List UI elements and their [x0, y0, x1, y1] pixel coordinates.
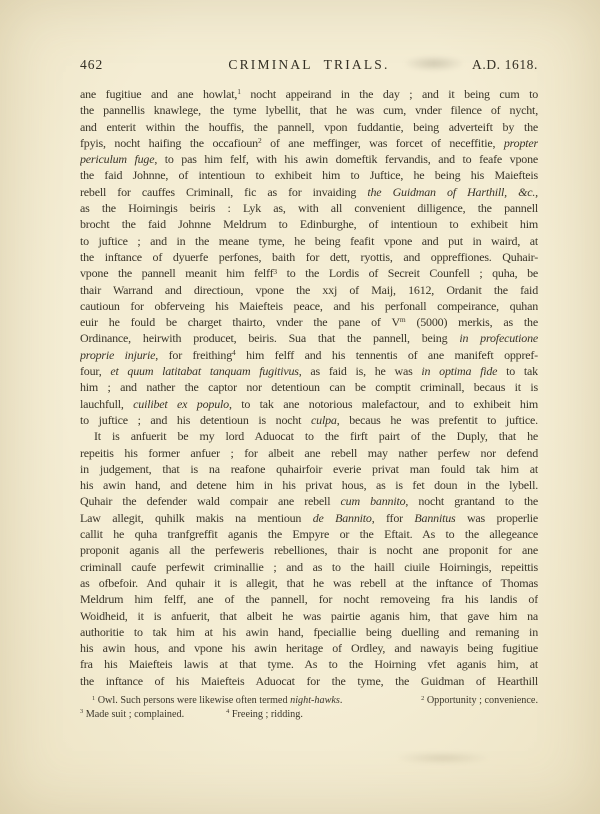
- text-line: Law allegit, quhilk makis na mentioun de…: [80, 510, 538, 526]
- body-text: ane fugitiue and ane howlat,1 nocht appe…: [80, 86, 538, 689]
- text-line: ane fugitiue and ane howlat,1 nocht appe…: [80, 86, 538, 102]
- text-line: criminall caufe perfewit criminallie ; a…: [80, 559, 538, 575]
- text-line: the faid Johnne, of intentioun to exhibe…: [80, 167, 538, 183]
- page-number: 462: [80, 57, 103, 73]
- text-line: the inftance of dyuerfe perfones, baith …: [80, 249, 538, 265]
- text-line: to juftice ; and his detentioun is nocht…: [80, 412, 538, 428]
- text-line: proprie injurie, for freithing4 him felf…: [80, 347, 538, 363]
- text-line: proponit aganis all the perfeweris rebel…: [80, 542, 538, 558]
- scanned-book-page: 462 CRIMINAL TRIALS. A.D. 1618. ane fugi…: [0, 0, 600, 814]
- text-line: as the Hoirningis beiris : Lyk as, with …: [80, 200, 538, 216]
- header-date: A.D. 1618.: [472, 57, 538, 73]
- text-line: thair Warrand and directioun, vpone the …: [80, 282, 538, 298]
- text-line: repeitis his former anfuer ; for albeit …: [80, 445, 538, 461]
- text-line: euir he fould be charget thairto, vnder …: [80, 314, 538, 330]
- footnote: 3 Made suit ; complained.: [80, 709, 184, 720]
- text-line: to juftice ; and in the meane tyme, he b…: [80, 233, 538, 249]
- text-line: rebell for cauffes Criminall, fic as for…: [80, 184, 538, 200]
- text-line: callit he quha tranfgreffit aganis the E…: [80, 526, 538, 542]
- text-line: his awin hand, and detene him in his pri…: [80, 477, 538, 493]
- text-line: Ordinance, heirwith producet, beiris. Su…: [80, 330, 538, 346]
- text-line: his awin hous, and vpone his awin herita…: [80, 640, 538, 656]
- text-line: fpyis, nocht haifing the occafioun2 of a…: [80, 135, 538, 151]
- text-line: Quhair the defender wald compair ane reb…: [80, 493, 538, 509]
- text-line: vpone the pannell meanit him felff3 to t…: [80, 265, 538, 281]
- text-line: in judgement, that is na reafone quhairf…: [80, 461, 538, 477]
- text-line: and enterit within the houffis, the pann…: [80, 119, 538, 135]
- text-line: It is anfuerit be my lord Aduocat to the…: [80, 428, 538, 444]
- footnote: 2 Opportunity ; convenience.: [421, 694, 538, 708]
- text-line: the inftance of his Maiefteis Aduocat fo…: [80, 673, 538, 689]
- paragraph: ane fugitiue and ane howlat,1 nocht appe…: [80, 86, 538, 428]
- text-line: as ofbefoir. And quhair it is allegit, t…: [80, 575, 538, 591]
- footnote-row: 3 Made suit ; complained.4 Freeing ; rid…: [80, 708, 538, 722]
- text-line: four, et quum latitabat tanquam fugitivu…: [80, 363, 538, 379]
- footnotes: 1 Owl. Such persons were likewise often …: [80, 694, 538, 721]
- footnote-row: 1 Owl. Such persons were likewise often …: [80, 694, 538, 708]
- running-header: 462 CRIMINAL TRIALS. A.D. 1618.: [80, 57, 538, 75]
- footnote: 1 Owl. Such persons were likewise often …: [80, 694, 342, 708]
- text-line: lauchfull, cuilibet ex populo, to tak an…: [80, 396, 538, 412]
- text-line: fra his Maiefteis lawis at that tyme. As…: [80, 656, 538, 672]
- scan-smudge: [398, 752, 488, 764]
- footnote: 4 Freeing ; ridding.: [226, 709, 303, 720]
- paragraph: It is anfuerit be my lord Aduocat to the…: [80, 428, 538, 689]
- text-line: cautioun for obferveing his Maiefteis pe…: [80, 298, 538, 314]
- text-line: periculum fuge, to pas him felf, with hi…: [80, 151, 538, 167]
- text-line: brocht the faid Johnne Meldrum to Edinbu…: [80, 216, 538, 232]
- text-line: him ; and nather the captor nor detentio…: [80, 379, 538, 395]
- text-line: Meldrum him felff, ane of the pannell, f…: [80, 591, 538, 607]
- text-line: the pannellis knawlege, the tyme lybelli…: [80, 102, 538, 118]
- text-line: Woidheid, it is anfuerit, that albeit he…: [80, 608, 538, 624]
- running-title: CRIMINAL TRIALS.: [228, 57, 389, 73]
- text-line: authoritie to tak him at his awin hand, …: [80, 624, 538, 640]
